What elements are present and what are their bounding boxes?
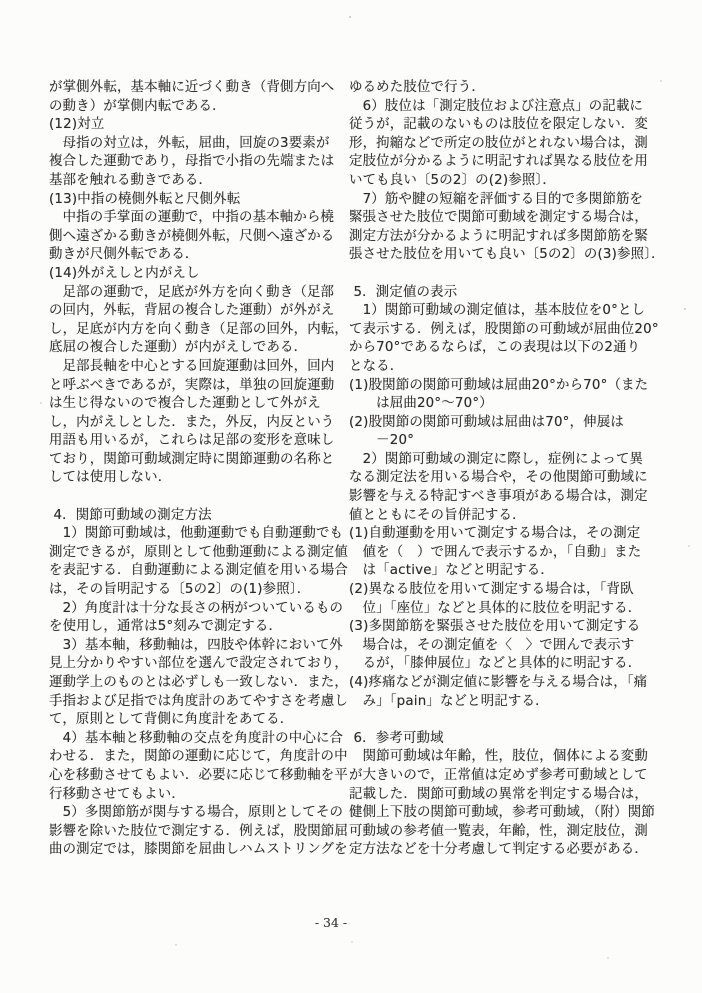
text-line: しては使用しない．	[49, 469, 355, 488]
text-line: 複合した運動であり，母指で小指の先端または	[49, 153, 355, 172]
text-line: (2)異なる肢位を用いて測定する場合は，「背臥	[349, 581, 655, 600]
text-line: を表記する．自動運動による測定値を用いる場合	[49, 562, 355, 581]
text-line: 定方法などを十分考慮して判定する必要がある．	[349, 841, 655, 860]
text-line: なる測定法を用いる場合や，その他関節可動域に	[349, 469, 655, 488]
text-line: は「active」などと明記する．	[349, 562, 655, 581]
text-line: 値とともにその旨併記する．	[349, 507, 655, 526]
text-line: を使用し，通常は5°刻みで測定する．	[49, 618, 355, 637]
text-line: 記載した．関節可動域の異常を判定する場合は，	[349, 786, 655, 805]
text-line: み」「pain」などと明記する．	[349, 693, 655, 712]
text-line: 足部長軸を中心とする回旋運動は回外，回内	[49, 358, 355, 377]
text-line: わせる．また，関節の運動に応じて，角度計の中	[49, 748, 355, 767]
right-text-column: ゆるめた肢位で行う． 6）肢位は「測定肢位および注意点」の記載に従うが，記載のな…	[349, 79, 655, 860]
text-line: 行移動させてもよい．	[49, 786, 355, 805]
text-line: し，内がえしとした．また，外反，内反という	[49, 414, 355, 433]
text-line: (14)外がえしと内がえし	[49, 265, 355, 284]
text-line: 健側上下肢の関節可動域，参考可動域，（附）関節	[349, 804, 655, 823]
text-line	[349, 711, 655, 730]
text-line: (4)疼痛などが測定値に影響を与える場合は，「痛	[349, 674, 655, 693]
text-line: 心を移動させてもよい．必要に応じて移動軸を平	[49, 767, 355, 786]
text-line: と呼ぶべきであるが，実際は，単独の回旋運動	[49, 377, 355, 396]
text-line: が大きいので，正常値は定めず参考可動域として	[349, 767, 655, 786]
text-line: いても良い〔5の2〕の(2)参照〕．	[349, 172, 655, 191]
text-line: から70°であるならば，この表現は以下の2通り	[349, 339, 655, 358]
text-line: 4）基本軸と移動軸の交点を角度計の中心に合	[49, 730, 355, 749]
text-line: 見上分かりやすい部位を選んで設定されており，	[49, 655, 355, 674]
text-line: (3)多関節筋を緊張させた肢位を用いて測定する	[349, 618, 655, 637]
text-line: 1）関節可動域の測定値は，基本肢位を0°とし	[349, 302, 655, 321]
text-line: て表示する．例えば，股関節の可動域が屈曲位20°	[349, 321, 655, 340]
text-line: 6．参考可動域	[349, 730, 655, 749]
text-line: は，その旨明記する〔5の2〕の(1)参照〕．	[49, 581, 355, 600]
document-page: が掌側外転，基本軸に近づく動き（背側方向への動き）が掌側内転である．(12)対立…	[0, 0, 702, 993]
text-line: ており，関節可動域測定時に関節運動の名称と	[49, 451, 355, 470]
text-line: ゆるめた肢位で行う．	[349, 79, 655, 98]
text-line: となる．	[349, 358, 655, 377]
text-line: 値を（ ）で囲んで表示するか，「自動」また	[349, 544, 655, 563]
text-line: 従うが，記載のないものは肢位を限定しない．変	[349, 116, 655, 135]
text-line: 張させた肢位を用いても良い〔5の2〕の(3)参照〕．	[349, 246, 655, 265]
text-line: 5．測定値の表示	[349, 284, 655, 303]
text-line: 側へ遠ざかる動きが橈側外転，尺側へ遠ざかる	[49, 228, 355, 247]
text-line	[349, 265, 655, 284]
text-line: 動きが尺側外転である．	[49, 246, 355, 265]
text-line: 位」「座位」などと具体的に肢位を明記する．	[349, 600, 655, 619]
text-line: (1)股関節の関節可動域は屈曲20°から70°（また	[349, 377, 655, 396]
text-line: －20°	[349, 432, 655, 451]
text-line: 足部の運動で，足底が外方を向く動き（足部	[49, 284, 355, 303]
text-line: (1)自動運動を用いて測定する場合は，その測定	[349, 525, 655, 544]
text-line: 4．関節可動域の測定方法	[49, 507, 355, 526]
text-line: 5）多関節筋が関与する場合，原則としてその	[49, 804, 355, 823]
scan-noise-specks	[0, 0, 2, 2]
text-line: 1）関節可動域は，他動運動でも自動運動でも	[49, 525, 355, 544]
text-line	[49, 488, 355, 507]
text-line: 底屈の複合した運動）が内がえしである．	[49, 339, 355, 358]
text-line: (13)中指の橈側外転と尺側外転	[49, 191, 355, 210]
text-line: て，原則として背側に角度計をあてる．	[49, 711, 355, 730]
text-line: し，足底が内方を向く動き（足部の回外，内転，	[49, 321, 355, 340]
text-line: 2）角度計は十分な長さの柄がついているもの	[49, 600, 355, 619]
text-line: (12)対立	[49, 116, 355, 135]
text-line: 影響を与える特記すべき事項がある場合は，測定	[349, 488, 655, 507]
text-line: 可動域の参考値一覧表，年齢，性，測定肢位，測	[349, 823, 655, 842]
text-line: るが，「膝伸展位」などと具体的に明記する．	[349, 655, 655, 674]
text-line: 影響を除いた肢位で測定する．例えば，股関節屈	[49, 823, 355, 842]
text-line: 測定方法が分かるように明記すれば多関節筋を緊	[349, 228, 655, 247]
page-number: - 34 -	[296, 915, 366, 930]
text-line: 2）関節可動域の測定に際し，症例によって異	[349, 451, 655, 470]
text-line: は生じ得ないので複合した運動として外がえ	[49, 395, 355, 414]
left-text-column: が掌側外転，基本軸に近づく動き（背側方向への動き）が掌側内転である．(12)対立…	[49, 79, 355, 860]
text-line: 6）肢位は「測定肢位および注意点」の記載に	[349, 98, 655, 117]
text-line: 定肢位が分かるように明記すれば異なる肢位を用	[349, 153, 655, 172]
text-line: 測定できるが，原則として他動運動による測定値	[49, 544, 355, 563]
text-line: 基部を触れる動きである．	[49, 172, 355, 191]
text-line: 緊張させた肢位で関節可動域を測定する場合は，	[349, 209, 655, 228]
text-line: 場合は，その測定値を〈 〉で囲んで表示す	[349, 637, 655, 656]
text-line: 形，拘縮などで所定の肢位がとれない場合は，測	[349, 135, 655, 154]
text-line: 運動学上のものとは必ずしも一致しない．また，	[49, 674, 355, 693]
text-line: の回内，外転，背屈の複合した運動）が外がえ	[49, 302, 355, 321]
text-line: の動き）が掌側内転である．	[49, 98, 355, 117]
text-line: 母指の対立は，外転，屈曲，回旋の3要素が	[49, 135, 355, 154]
text-line: 7）筋や腱の短縮を評価する目的で多関節筋を	[349, 191, 655, 210]
text-line: (2)股関節の関節可動域は屈曲は70°，伸展は	[349, 414, 655, 433]
text-line: 中指の手掌面の運動で，中指の基本軸から橈	[49, 209, 355, 228]
text-line: 手指および足指では角度計のあてやすさを考慮し	[49, 693, 355, 712]
text-line: が掌側外転，基本軸に近づく動き（背側方向へ	[49, 79, 355, 98]
text-line: 3）基本軸，移動軸は，四肢や体幹において外	[49, 637, 355, 656]
text-line: 用語も用いるが，これらは足部の変形を意味し	[49, 432, 355, 451]
text-line: は屈曲20°～70°）	[349, 395, 655, 414]
text-line: 曲の測定では，膝関節を屈曲しハムストリングを	[49, 841, 355, 860]
text-line: 関節可動域は年齢，性，肢位，個体による変動	[349, 748, 655, 767]
